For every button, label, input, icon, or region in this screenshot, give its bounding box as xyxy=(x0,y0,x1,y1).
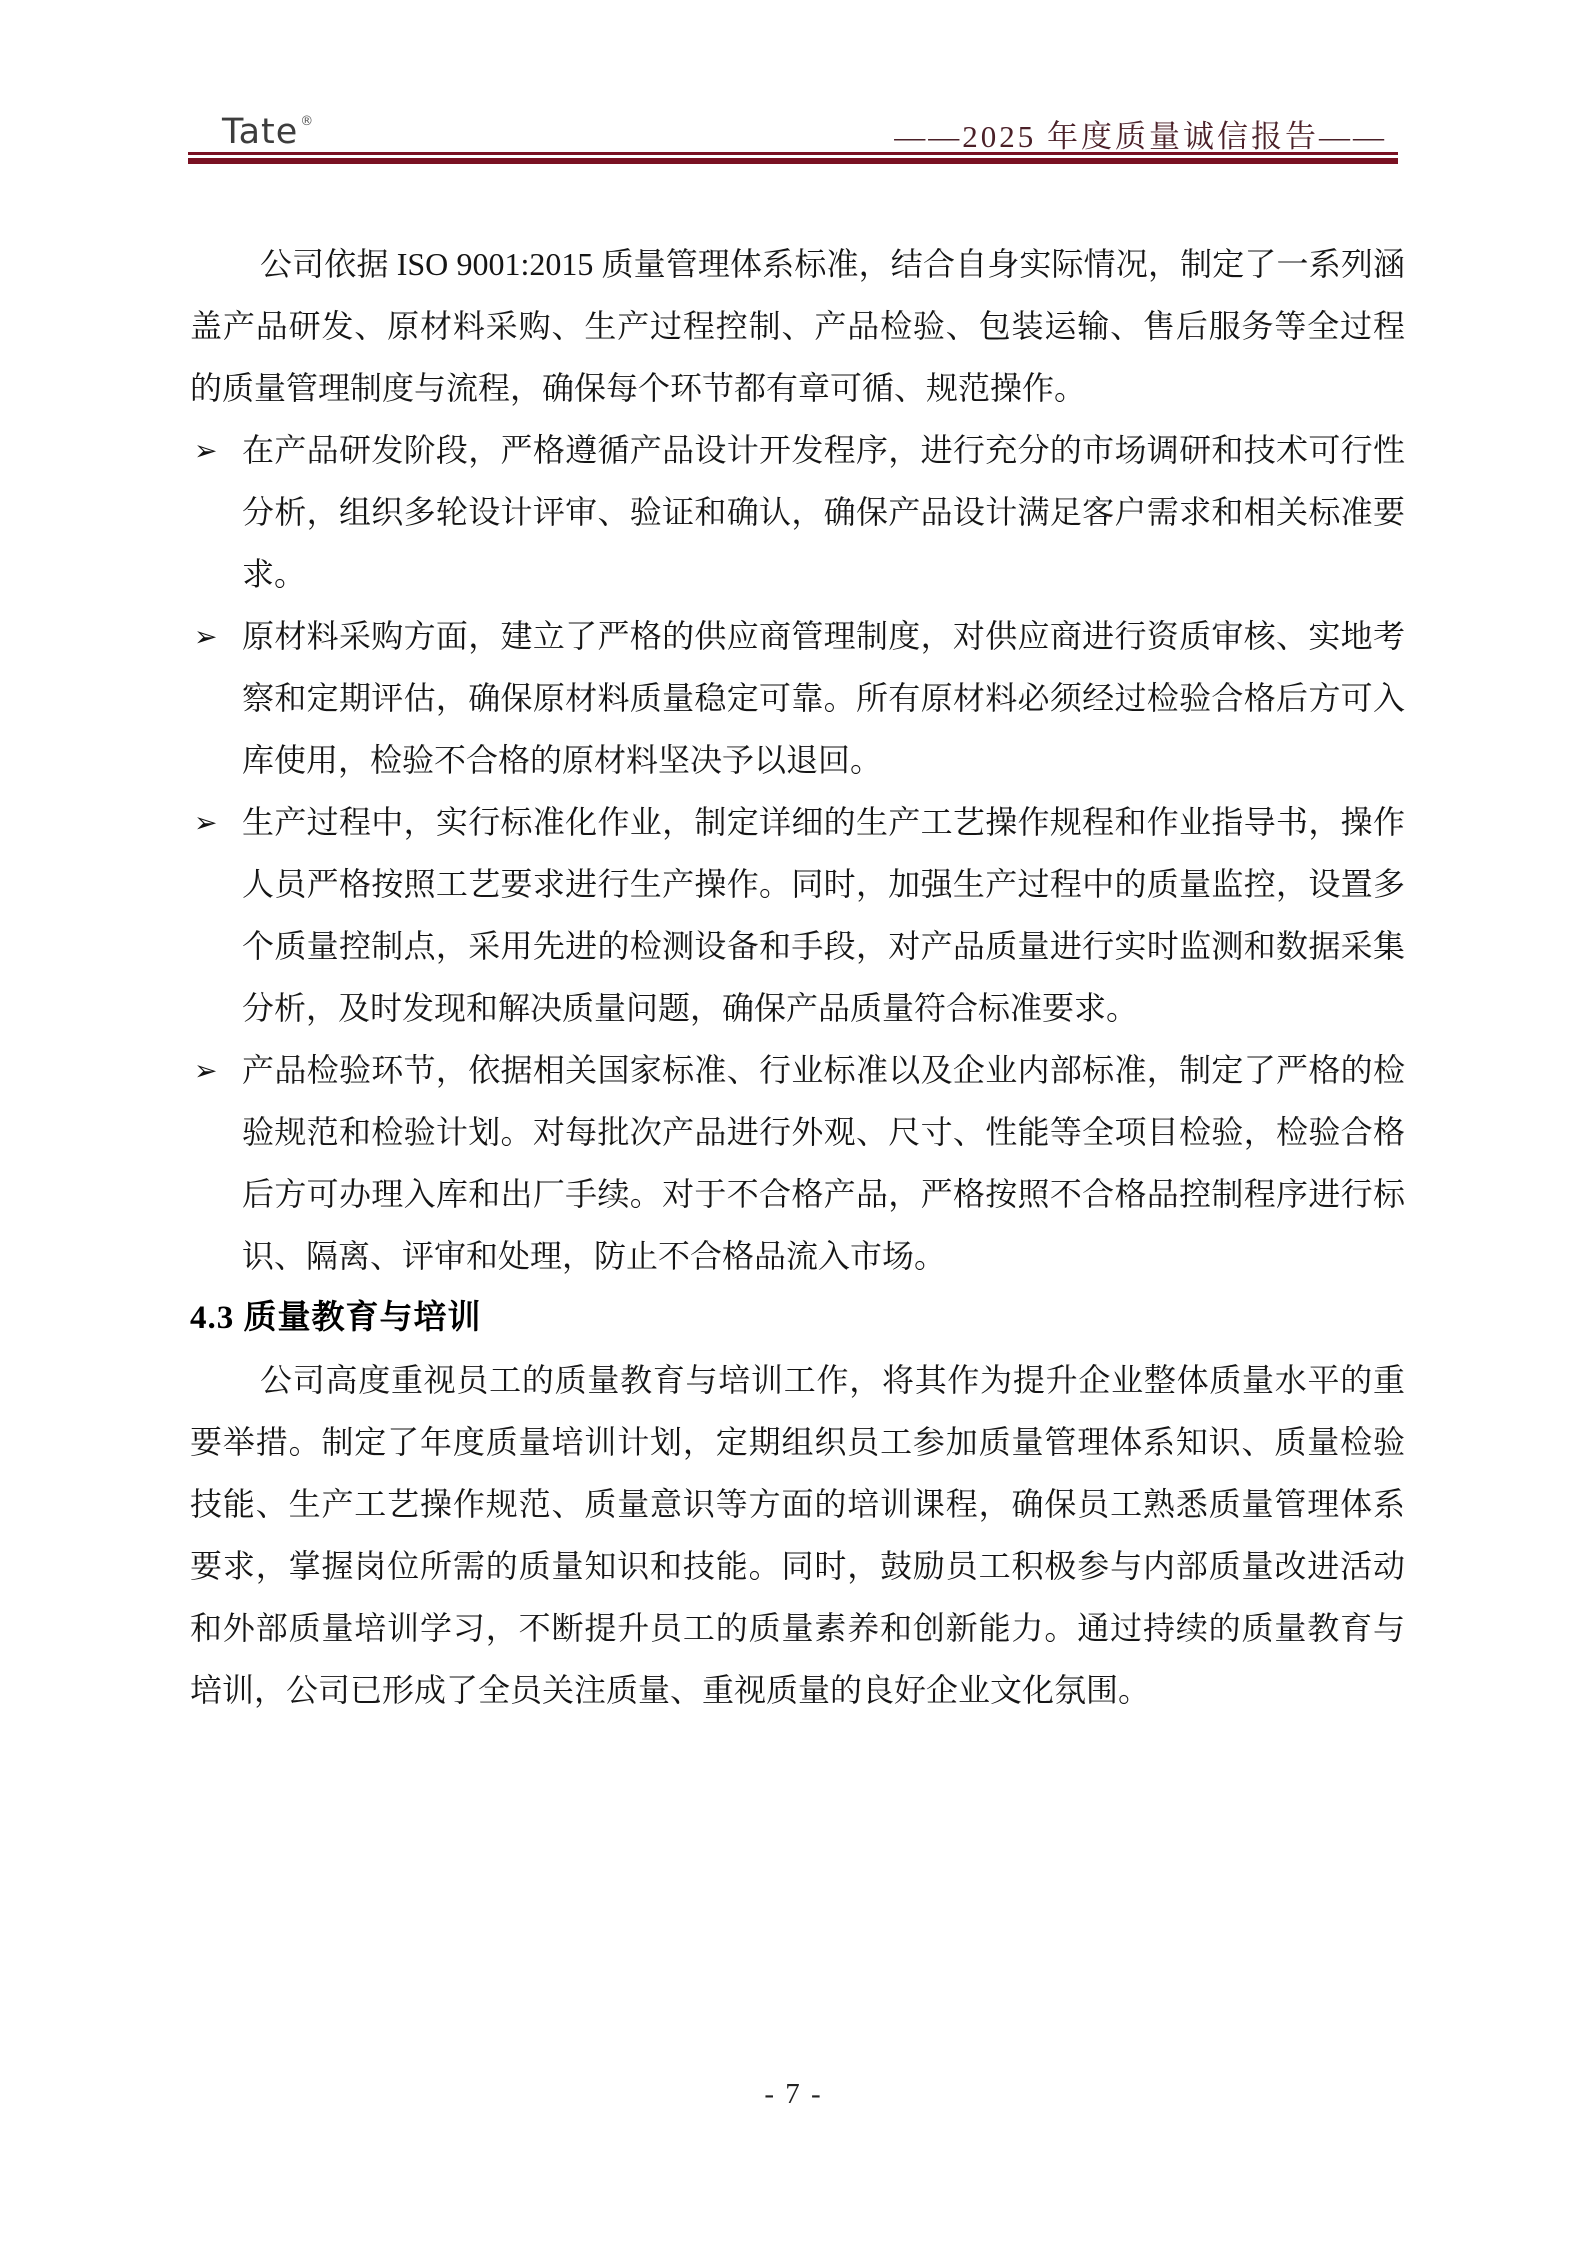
logo-text: Tate xyxy=(222,112,298,152)
header-rule-thick xyxy=(188,158,1398,164)
intro-paragraph: 公司依据 ISO 9001:2015 质量管理体系标准，结合自身实际情况，制定了… xyxy=(190,233,1405,419)
document-body: 公司依据 ISO 9001:2015 质量管理体系标准，结合自身实际情况，制定了… xyxy=(190,233,1405,1721)
registered-trademark-icon: ® xyxy=(300,114,314,129)
company-logo: Tate® xyxy=(222,102,314,152)
list-item-text: 生产过程中，实行标准化作业，制定详细的生产工艺操作规程和作业指导书，操作人员严格… xyxy=(242,804,1405,1026)
list-item-production: ➢ 生产过程中，实行标准化作业，制定详细的生产工艺操作规程和作业指导书，操作人员… xyxy=(190,791,1405,1039)
header-rule-thin xyxy=(188,152,1398,155)
list-item-text: 在产品研发阶段，严格遵循产品设计开发程序，进行充分的市场调研和技术可行性分析，组… xyxy=(242,432,1405,592)
training-paragraph: 公司高度重视员工的质量教育与培训工作，将其作为提升企业整体质量水平的重要举措。制… xyxy=(190,1349,1405,1721)
list-item-rd: ➢ 在产品研发阶段，严格遵循产品设计开发程序，进行充分的市场调研和技术可行性分析… xyxy=(190,419,1405,605)
arrow-bullet-icon: ➢ xyxy=(194,792,217,854)
list-item-text: 原材料采购方面，建立了严格的供应商管理制度，对供应商进行资质审核、实地考察和定期… xyxy=(242,618,1405,778)
arrow-bullet-icon: ➢ xyxy=(194,1040,217,1102)
arrow-bullet-icon: ➢ xyxy=(194,420,217,482)
section-heading: 4.3 质量教育与培训 xyxy=(190,1287,1405,1349)
document-page: Tate® ——2025 年度质量诚信报告—— 公司依据 ISO 9001:20… xyxy=(0,0,1587,2245)
arrow-bullet-icon: ➢ xyxy=(194,606,217,668)
report-title: ——2025 年度质量诚信报告—— xyxy=(894,117,1387,157)
list-item-raw-material: ➢ 原材料采购方面，建立了严格的供应商管理制度，对供应商进行资质审核、实地考察和… xyxy=(190,605,1405,791)
list-item-text: 产品检验环节，依据相关国家标准、行业标准以及企业内部标准，制定了严格的检验规范和… xyxy=(242,1052,1405,1274)
page-number: - 7 - xyxy=(764,2078,822,2110)
page-footer: - 7 - xyxy=(0,2076,1587,2112)
list-item-inspection: ➢ 产品检验环节，依据相关国家标准、行业标准以及企业内部标准，制定了严格的检验规… xyxy=(190,1039,1405,1287)
